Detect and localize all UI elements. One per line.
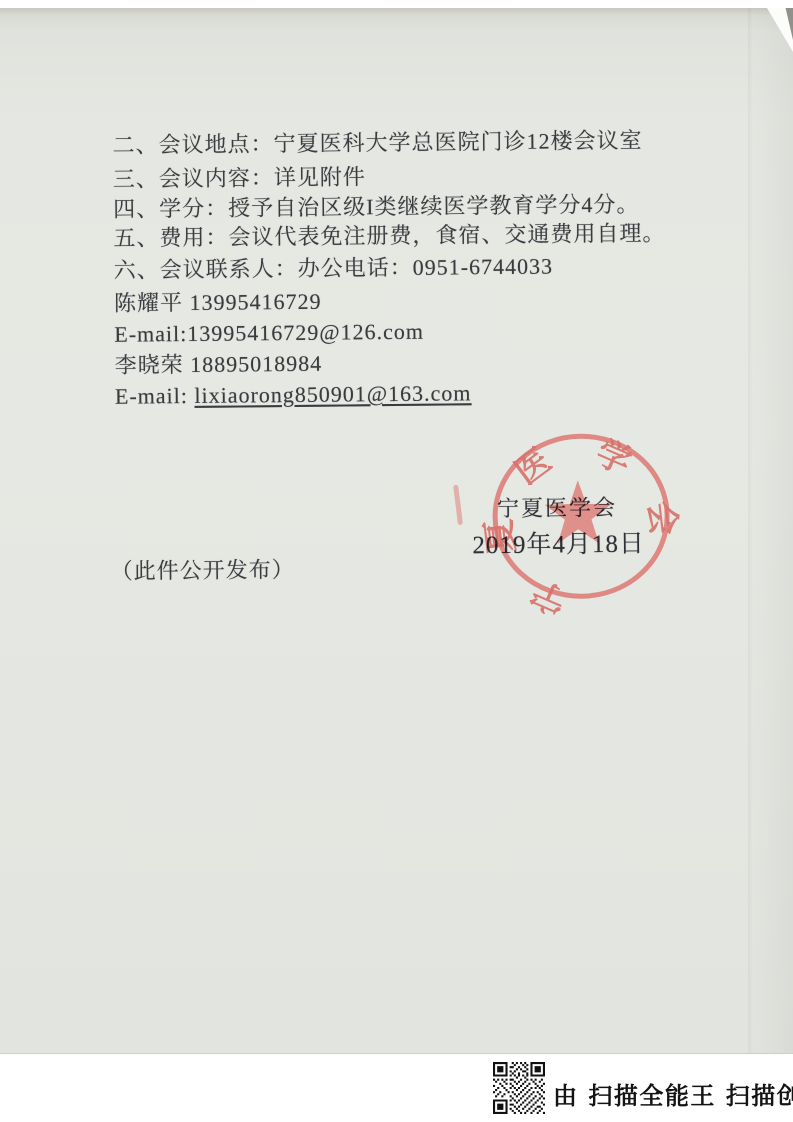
stamp-arc-char-4: 学 <box>590 433 637 483</box>
document-content: 二、会议地点：宁夏医科大学总医院门诊12楼会议室 三、会议内容：详见附件 四、学… <box>0 0 793 1122</box>
qr-code-icon <box>493 1062 545 1114</box>
stamp-arc-char-3: 医 <box>508 441 559 493</box>
email-address: lixiaorong850901@163.com <box>194 380 471 408</box>
signature-org: 宁夏医学会 <box>497 491 617 523</box>
doc-line-venue: 二、会议地点：宁夏医科大学总医院门诊12楼会议室 <box>112 128 642 159</box>
signature-date: 2019年4月18日 <box>472 524 645 562</box>
contact-email-2: E-mail: lixiaorong850901@163.com <box>115 380 472 409</box>
stamp-smudge <box>456 487 460 522</box>
scanner-watermark-text: 由 扫描全能王 扫描创建 <box>553 1076 793 1111</box>
page-root: { "body": { "lines": [ "二、会议地点：宁夏医科大学总医院… <box>0 0 793 1122</box>
doc-line-fees: 五、费用：会议代表免注册费，食宿、交通费用自理。 <box>113 220 665 251</box>
doc-line-agenda: 三、会议内容：详见附件 <box>113 164 366 192</box>
public-release-note: （此件公开发布） <box>111 557 295 585</box>
doc-line-contact: 六、会议联系人：办公电话：0951-6744033 <box>114 253 554 283</box>
contact-email-1: E-mail:13995416729@126.com <box>114 319 424 348</box>
stamp-arc-char-5: 会 <box>640 499 684 537</box>
contact-name-1: 陈耀平 13995416729 <box>114 289 322 317</box>
email-label: E-mail: <box>115 383 195 409</box>
stamp-arc-char-1: 宁 <box>525 571 572 621</box>
contact-name-2: 李晓荣 18895018984 <box>115 351 323 379</box>
doc-line-credits: 四、学分：授予自治区级I类继续医学教育学分4分。 <box>113 192 640 223</box>
